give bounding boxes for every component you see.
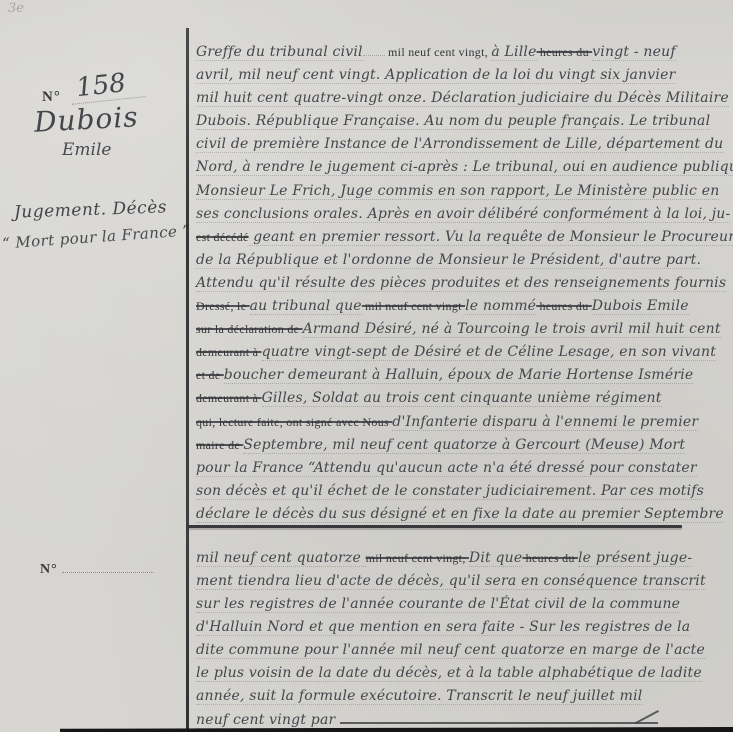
blank-fill [363, 45, 385, 56]
text-line: mil neuf cent quatorze mil neuf cent vin… [196, 546, 731, 569]
margin-act-type: Jugement. Décès [14, 197, 168, 222]
handwritten-text: avril, mil neuf cent vingt. Application … [196, 67, 675, 84]
text-line: maire de Septembre, mil neuf cent quator… [196, 433, 731, 456]
left-margin: N°158 Dubois Emile Jugement. Décès “ Mor… [0, 0, 186, 732]
handwritten-text: année, suit la formule exécutoire. Trans… [196, 688, 642, 705]
printed-form-text: maire de [196, 438, 243, 452]
margin-rule [186, 28, 189, 732]
handwritten-text: dite commune pour l'année mil neuf cent … [196, 642, 705, 659]
text-line: est décédé geant en premier ressort. Vu … [196, 225, 731, 248]
text-line: de la République et l'ordonne de Monsieu… [196, 248, 731, 271]
printed-form-text: heures du [536, 299, 592, 313]
text-line: civil de première Instance de l'Arrondis… [196, 132, 731, 155]
printed-form-text: qui, lecture faite, ont signé avec Nous [196, 415, 392, 429]
printed-form-text: heures du [522, 551, 578, 565]
text-line: dite commune pour l'année mil neuf cent … [196, 638, 731, 661]
text-line: mil huit cent quatre-vingt onze. Déclara… [196, 86, 731, 109]
handwritten-text: sur les registres de l'année courante de… [196, 596, 680, 613]
text-line: avril, mil neuf cent vingt. Application … [196, 63, 731, 86]
text-line: ses conclusions orales. Après en avoir d… [196, 202, 731, 225]
printed-form-text: mil neuf cent vingt, [366, 551, 469, 565]
text-line: Dressé, le au tribunal que mil neuf cent… [196, 294, 731, 317]
text-line: Dubois. République Française. Au nom du … [196, 109, 731, 132]
text-line: demeurant à Gilles, Soldat au trois cent… [196, 386, 731, 409]
handwritten-text: Septembre, mil neuf cent quatorze à Gerc… [243, 437, 685, 454]
text-line: déclare le décès du sus désigné et en fi… [196, 502, 731, 546]
handwritten-text: mil huit cent quatre-vingt onze. Déclara… [196, 90, 729, 107]
text-line: demeurant à quatre vingt-sept de Désiré … [196, 340, 731, 363]
margin-mention: “ Mort pour la France ” [2, 221, 191, 252]
handwritten-text: Dubois Emile [592, 298, 689, 315]
text-line: Attendu qu'il résulte des pièces produit… [196, 271, 731, 294]
handwritten-text: à Lille [491, 44, 536, 61]
act-number-value: 158 [69, 66, 145, 105]
empty-number-row: N° [40, 560, 154, 578]
handwritten-text: le nommé [465, 298, 536, 315]
handwritten-text: quatre vingt-sept de Désiré et de Céline… [262, 344, 716, 361]
handwritten-text: Gilles, Soldat au trois cent cinquante u… [262, 390, 662, 407]
handwritten-text: Greffe du tribunal civil [196, 44, 363, 61]
bottom-scan-edge [60, 727, 733, 732]
main-text: Greffe du tribunal civil mil neuf cent v… [196, 40, 731, 731]
text-line: Nord, à rendre le jugement ci-après : Le… [196, 155, 731, 178]
text-line: et de boucher demeurant à Halluin, époux… [196, 363, 731, 386]
handwritten-text: Monsieur Le Frich, Juge commis en son ra… [196, 183, 719, 200]
handwritten-text: boucher demeurant à Halluin, époux de Ma… [224, 367, 694, 384]
handwritten-text: le présent juge- [578, 550, 692, 567]
handwritten-text: son décès et qu'il échet de le constater… [196, 483, 704, 500]
margin-firstname: Emile [62, 140, 111, 160]
margin-surname: Dubois [33, 100, 139, 138]
printed-form-text: demeurant à [196, 345, 262, 359]
handwritten-text: Armand Désiré, né à Tourcoing le trois a… [303, 321, 721, 338]
text-line: sur les registres de l'année courante de… [196, 592, 731, 615]
printed-form-text: et de [196, 368, 224, 382]
handwritten-text: d'Halluin Nord et que mention en sera fa… [196, 619, 690, 636]
handwritten-text: ses conclusions orales. Après en avoir d… [196, 206, 730, 223]
handwritten-text: Dubois. République Française. Au nom du … [196, 113, 710, 130]
handwritten-text: pour la France “Attendu qu'aucun acte n'… [196, 460, 697, 477]
handwritten-text: de la République et l'ordonne de Monsieu… [196, 252, 701, 269]
text-line: pour la France “Attendu qu'aucun acte n'… [196, 456, 731, 479]
handwritten-text: déclare le décès du sus désigné et en fi… [196, 506, 724, 523]
text-line: Monsieur Le Frich, Juge commis en son ra… [196, 179, 731, 202]
printed-form-text: demeurant à [196, 391, 262, 405]
text-line: son décès et qu'il échet de le constater… [196, 479, 731, 502]
handwritten-text: vingt - neuf [592, 44, 676, 61]
handwritten-text: au tribunal que [250, 298, 362, 315]
printed-form-text: Dressé, le [196, 299, 250, 313]
handwritten-text: le plus voisin de la date du décès, et à… [196, 665, 702, 682]
act-number-label: N° [42, 89, 61, 105]
text-line: ment tiendra lieu d'acte de décès, qu'il… [196, 569, 731, 592]
printed-form-text: mil neuf cent vingt, [385, 45, 492, 59]
empty-number-blank [62, 560, 154, 573]
signature-rule [340, 708, 658, 724]
document-scan: 3e N°158 Dubois Emile Jugement. Décès “ … [0, 0, 733, 732]
handwritten-text: d'Infanterie disparu à l'ennemi le premi… [392, 414, 698, 431]
emphasis-rule [188, 525, 682, 528]
printed-form-text: sur la déclaration de [196, 322, 303, 336]
handwritten-text: Attendu qu'il résulte des pièces produit… [196, 275, 726, 292]
text-line: le plus voisin de la date du décès, et à… [196, 661, 731, 684]
text-line: année, suit la formule exécutoire. Trans… [196, 684, 731, 707]
handwritten-text: Nord, à rendre le jugement ci-après : Le… [196, 159, 733, 176]
empty-number-label: N° [40, 562, 58, 577]
printed-form-text: est décédé [196, 230, 249, 244]
handwritten-text: neuf cent vingt par [196, 712, 340, 729]
handwritten-text: geant en premier ressort. Vu la requête … [249, 229, 733, 246]
text-line: d'Halluin Nord et que mention en sera fa… [196, 615, 731, 638]
printed-form-text: heures du [537, 45, 593, 59]
handwritten-text: ment tiendra lieu d'acte de décès, qu'il… [196, 573, 706, 590]
printed-form-text: mil neuf cent vingt [362, 299, 465, 313]
text-line: Greffe du tribunal civil mil neuf cent v… [196, 40, 731, 63]
handwritten-text: civil de première Instance de l'Arrondis… [196, 136, 723, 153]
handwritten-text: Dit que [469, 550, 522, 567]
text-line: qui, lecture faite, ont signé avec Nous … [196, 410, 731, 433]
handwritten-text: mil neuf cent quatorze [196, 550, 366, 567]
text-line: sur la déclaration de Armand Désiré, né … [196, 317, 731, 340]
